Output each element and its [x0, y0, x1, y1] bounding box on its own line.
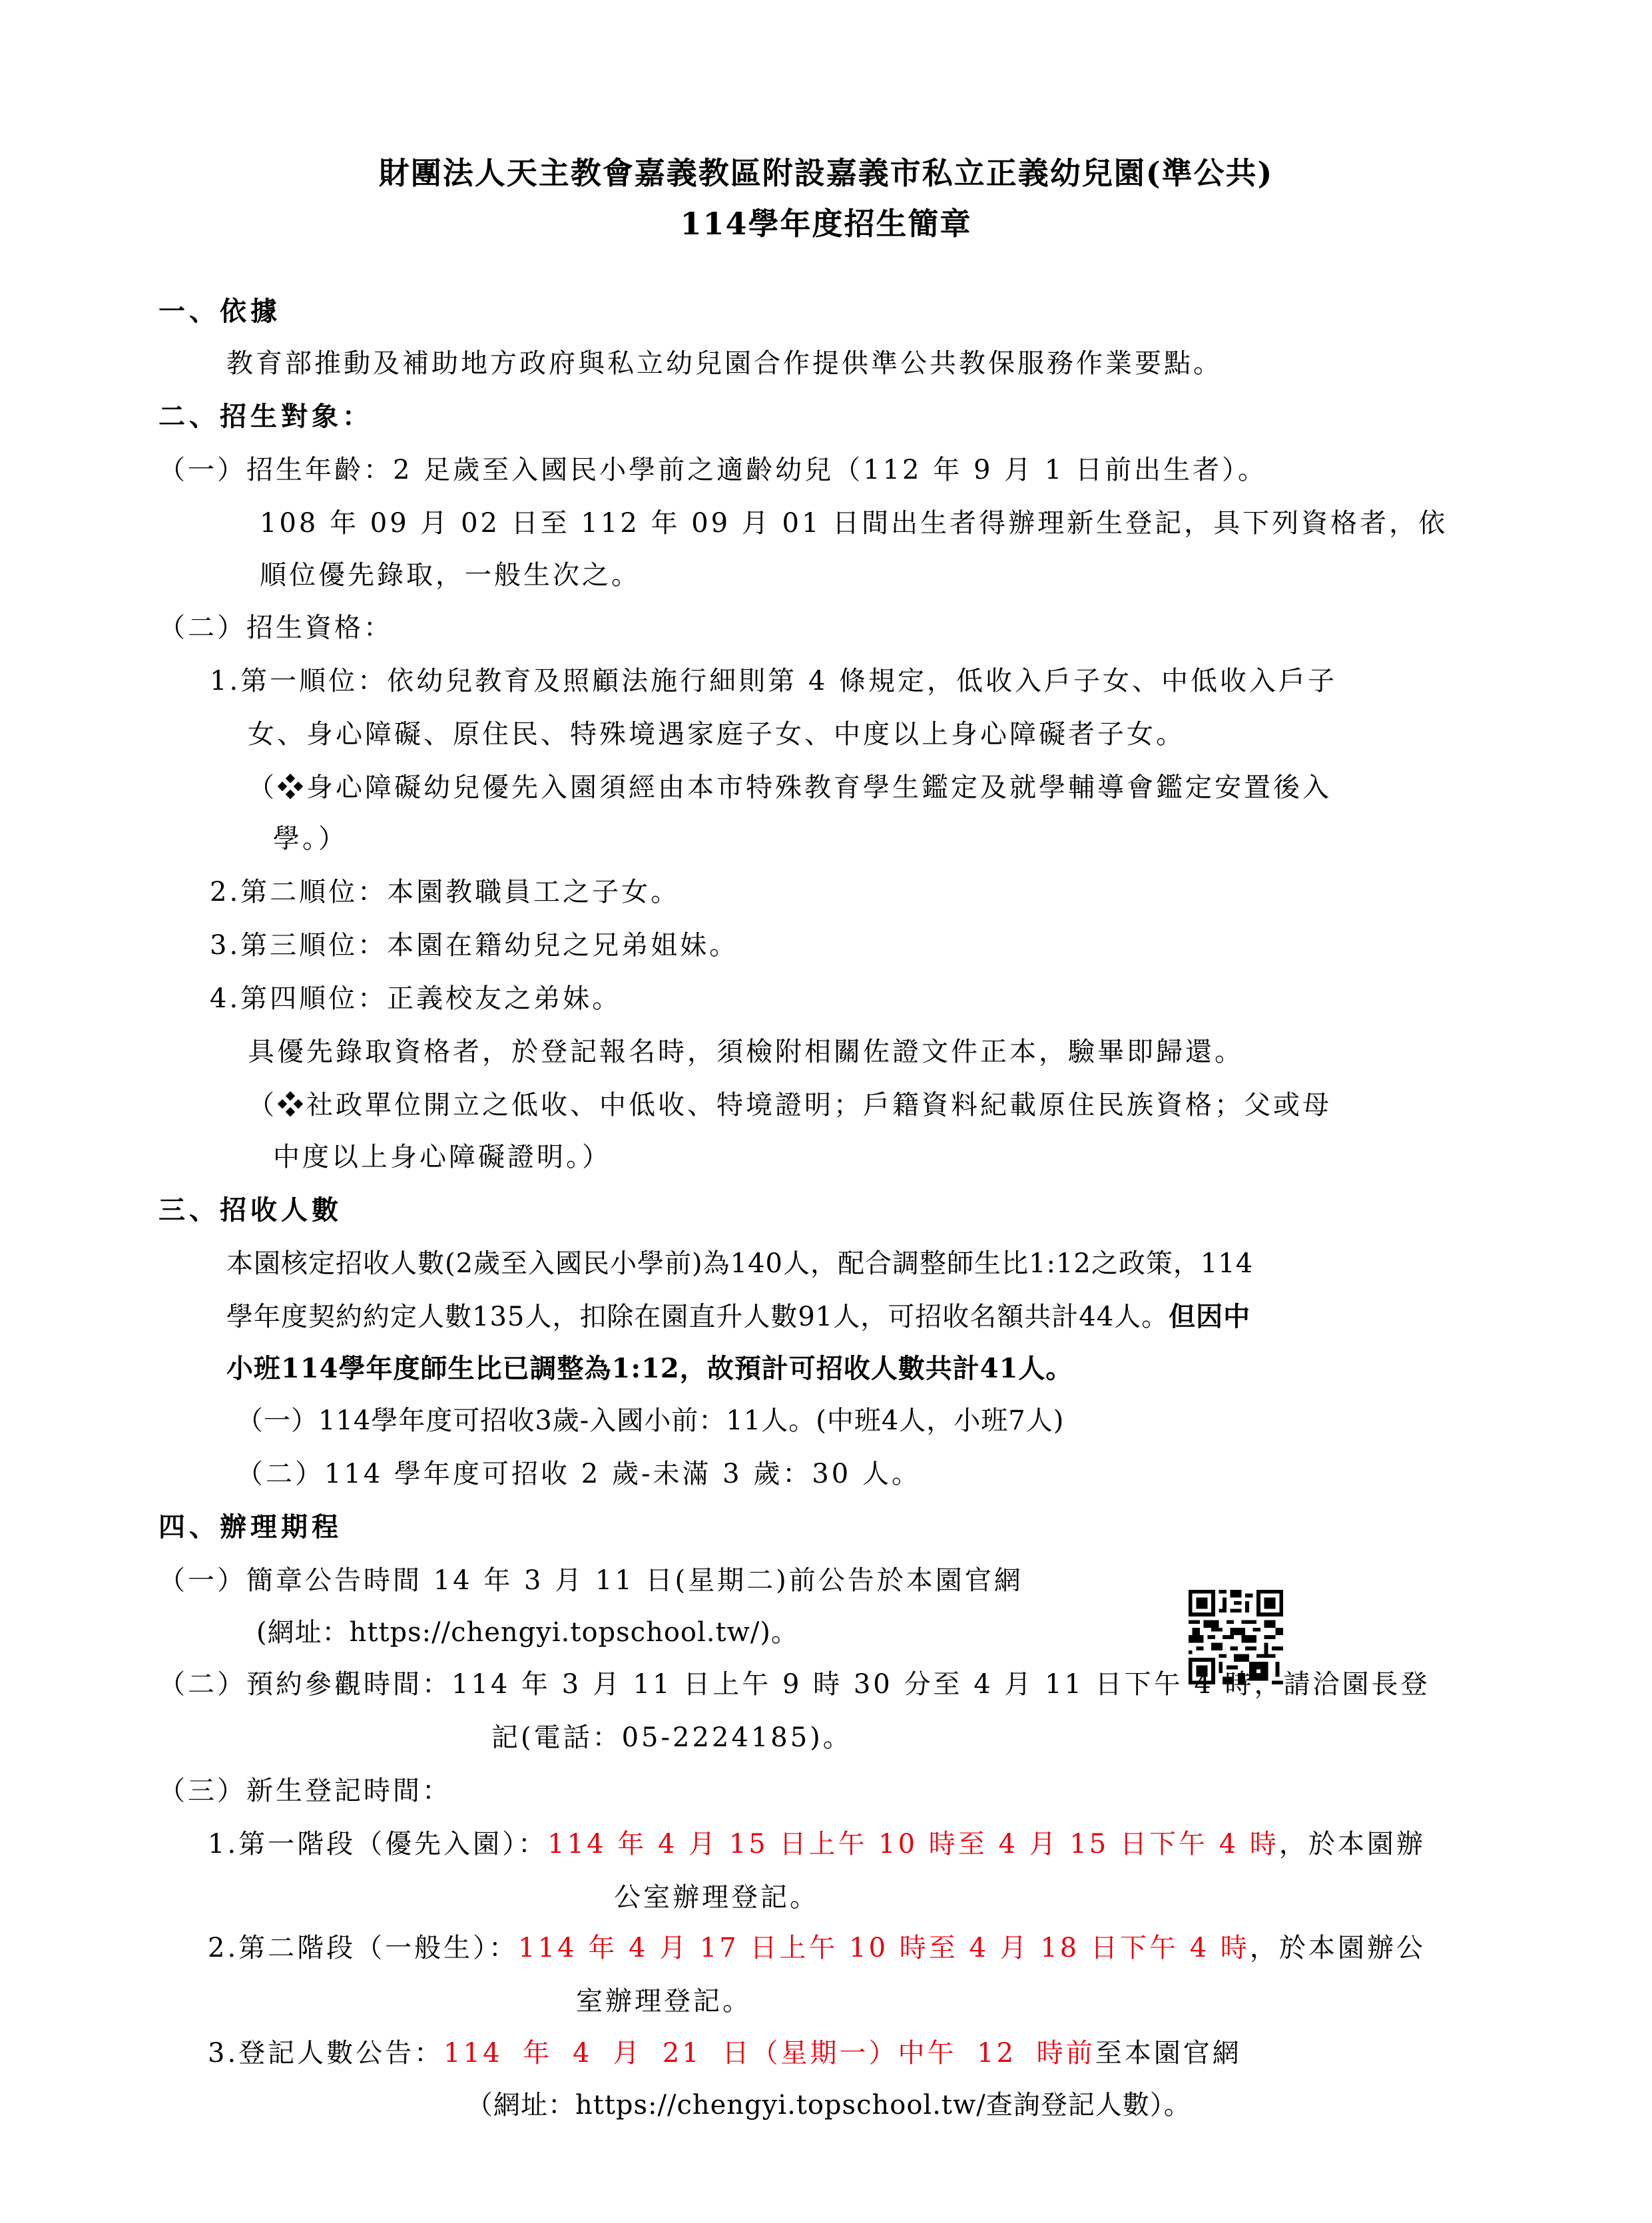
priority-docs-note-line2: 中度以上身心障礙證明。）: [273, 1138, 611, 1176]
priority-1-note-line2: 學。）: [273, 820, 348, 858]
stage-2-suffix: ，於本園辦公: [1250, 1933, 1426, 1963]
stage-1-label: 1.第一階段（優先入園）：: [208, 1829, 547, 1859]
priority-4: 4.第四順位：正義校友之弟妹。: [210, 980, 621, 1017]
stage-1-line2: 公室辦理登記。: [614, 1879, 819, 1916]
document-subtitle: 114學年度招生簡章: [0, 205, 1652, 242]
section-quota-heading: 三、招收人數: [158, 1192, 342, 1229]
stage-3-label: 3.登記人數公告：: [208, 2038, 443, 2069]
section-basis-heading: 一、依據: [158, 293, 281, 330]
schedule-visit-line1: （二）預約參觀時間：114 年 3 月 11 日上午 9 時 30 分至 4 月…: [158, 1666, 1430, 1703]
priority-docs-note-line1: （❖社政單位開立之低收、中低收、特境證明；戶籍資料紀載原住民族資格；父或母: [248, 1087, 1332, 1124]
priority-2: 2.第二順位：本園教職員工之子女。: [210, 873, 680, 911]
section-schedule-heading: 四、辦理期程: [158, 1509, 342, 1546]
priority-1-note-line1: （❖身心障礙幼兒優先入園須經由本市特殊教育學生鑑定及就學輔導會鑑定安置後入: [248, 769, 1332, 806]
target-age-line2: 108 年 09 月 02 日至 112 年 09 月 01 日間出生者得辦理新…: [260, 505, 1448, 542]
stage-3-suffix: 至本園官網: [1095, 2038, 1242, 2069]
register-stage-3: 3.登記人數公告：114 年 4 月 21 日（星期一）中午 12 時前至本園官…: [208, 2035, 1242, 2072]
stage-1-time: 114 年 4 月 15 日上午 10 時至 4 月 15 日下午 4 時: [547, 1829, 1279, 1859]
quota-item-1: （一）114學年度可招收3歲-入國小前：11人。(中班4人，小班7人): [236, 1402, 1064, 1439]
stage-1-suffix: ，於本園辦: [1279, 1829, 1426, 1859]
section-basis-text: 教育部推動及補助地方政府與私立幼兒園合作提供準公共教保服務作業要點。: [226, 345, 1223, 382]
stage-2-label: 2.第二階段（一般生）：: [208, 1933, 518, 1963]
quota-line3-emphasis: 小班114學年度師生比已調整為1:12，故預計可招收人數共計41人。: [226, 1350, 1073, 1387]
register-stage-2: 2.第二階段（一般生）：114 年 4 月 17 日上午 10 時至 4 月 1…: [208, 1929, 1426, 1967]
register-stage-1: 1.第一階段（優先入園）：114 年 4 月 15 日上午 10 時至 4 月 …: [208, 1826, 1426, 1863]
quota-line2-text: 學年度契約約定人數135人，扣除在園直升人數91人，可招收名額共計44人。: [226, 1302, 1169, 1332]
quota-line2: 學年度契約約定人數135人，扣除在園直升人數91人，可招收名額共計44人。但因中: [226, 1298, 1250, 1336]
section-target-heading: 二、招生對象：: [158, 398, 373, 435]
schedule-announce-line1: （一）簡章公告時間 14 年 3 月 11 日(星期二)前公告於本園官網: [158, 1562, 1023, 1599]
priority-1-line1: 1.第一順位：依幼兒教育及照顧法施行細則第 4 條規定，低收入戶子女、中低收入戶…: [210, 662, 1337, 700]
target-age-label: （一）招生年齡：2 足歲至入國民小學前之適齡幼兒（112 年 9 月 1 日前出…: [158, 451, 1267, 489]
document-title: 財團法人天主教會嘉義教區附設嘉義市私立正義幼兒園(準公共): [0, 154, 1652, 192]
quota-line2-emphasis: 但因中: [1169, 1301, 1250, 1332]
schedule-visit-line2: 記(電話：05-2224185)。: [491, 1719, 852, 1756]
priority-3: 3.第三順位：本園在籍幼兒之兄弟姐妹。: [210, 927, 738, 964]
stage-3-time: 114 年 4 月 21 日（星期一）中午 12 時前: [443, 2038, 1095, 2069]
stage-2-time: 114 年 4 月 17 日上午 10 時至 4 月 18 日下午 4 時: [518, 1933, 1250, 1963]
quota-line1: 本園核定招收人數(2歲至入國民小學前)為140人，配合調整師生比1:12之政策，…: [226, 1245, 1253, 1282]
priority-docs: 具優先錄取資格者，於登記報名時，須檢附相關佐證文件正本，驗畢即歸還。: [248, 1033, 1244, 1071]
target-age-line3: 順位優先錄取，一般生次之。: [260, 557, 641, 594]
qualification-label: （二）招生資格：: [158, 609, 393, 646]
schedule-announce-line2[interactable]: (網址：https://chengyi.topschool.tw/)。: [256, 1614, 798, 1651]
stage-3-line2[interactable]: （網址：https://chengyi.topschool.tw/查詢登記人數）…: [466, 2087, 1191, 2124]
schedule-register-label: （三）新生登記時間：: [158, 1772, 451, 1810]
priority-1-line2: 女、身心障礙、原住民、特殊境遇家庭子女、中度以上身心障礙者子女。: [248, 716, 1185, 753]
quota-item-2: （二）114 學年度可招收 2 歲-未滿 3 歲：30 人。: [236, 1455, 921, 1493]
stage-2-line2: 室辦理登記。: [576, 1983, 752, 2020]
